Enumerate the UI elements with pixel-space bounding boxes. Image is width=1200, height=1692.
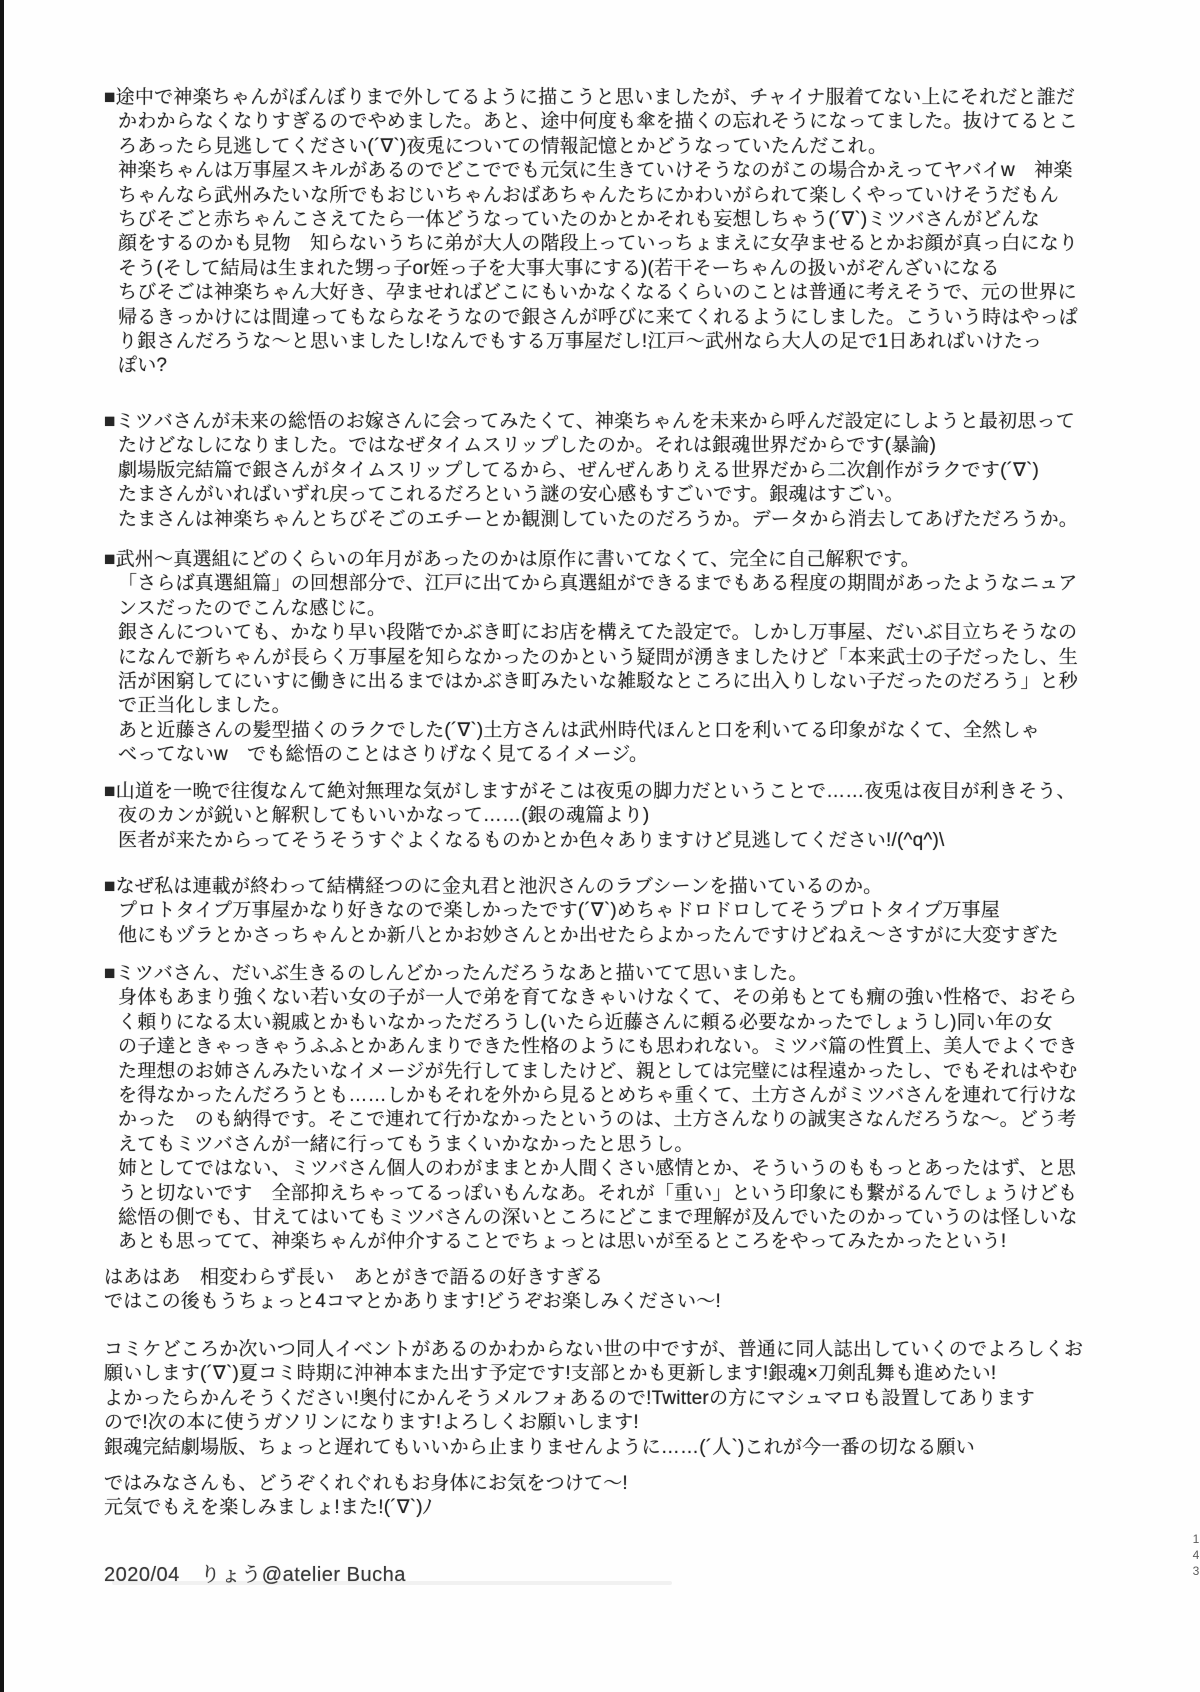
scan-border-left xyxy=(0,0,4,1692)
afterword-paragraph-prototype-yorozuya: ■なぜ私は連載が終わって結構経つのに金丸君と池沢さんのラブシーンを描いているのか… xyxy=(104,875,1138,948)
afterword-paragraph-haahaa: はあはあ 相変わらず長い あとがきで語るの好きすぎる ではこの後もうちょっと4コ… xyxy=(104,1266,1124,1315)
afterword-paragraph-mitsuba-life: ■ミツバさん、だいぶ生きるのしんどかったんだろうなあと描いてて思いました。 身体… xyxy=(104,962,1138,1255)
afterword-paragraph-kagura-drawing: ■途中で神楽ちゃんがぼんぼりまで外してるように描こうと思いましたが、チャイナ服着… xyxy=(104,86,1138,379)
page-number: 143 xyxy=(1189,1532,1200,1580)
afterword-paragraph-comiket-plans: コミケどころか次いつ同人イベントがあるのかわからない世の中ですが、普通に同人誌出… xyxy=(104,1338,1124,1460)
afterword-page: ■途中で神楽ちゃんがぼんぼりまで外してるように描こうと思いましたが、チャイナ服着… xyxy=(0,0,1200,1692)
afterword-paragraph-mitsuba-timeslip: ■ミツバさんが未来の総悟のお嫁さんに会ってみたくて、神楽ちゃんを未来から呼んだ設… xyxy=(104,410,1138,532)
scan-artifact xyxy=(112,1581,672,1585)
afterword-paragraph-mountain-road: ■山道を一晩で往復なんて絶対無理な気がしますがそこは夜兎の脚力だということで……… xyxy=(104,780,1138,853)
afterword-paragraph-bushu-shinsengumi: ■武州〜真選組にどのくらいの年月があったのかは原作に書いてなくて、完全に自己解釈… xyxy=(104,548,1138,768)
afterword-paragraph-farewell: ではみなさんも、どうぞくれぐれもお身体にお気をつけて〜! 元気でもえを楽しみまし… xyxy=(104,1472,1124,1521)
